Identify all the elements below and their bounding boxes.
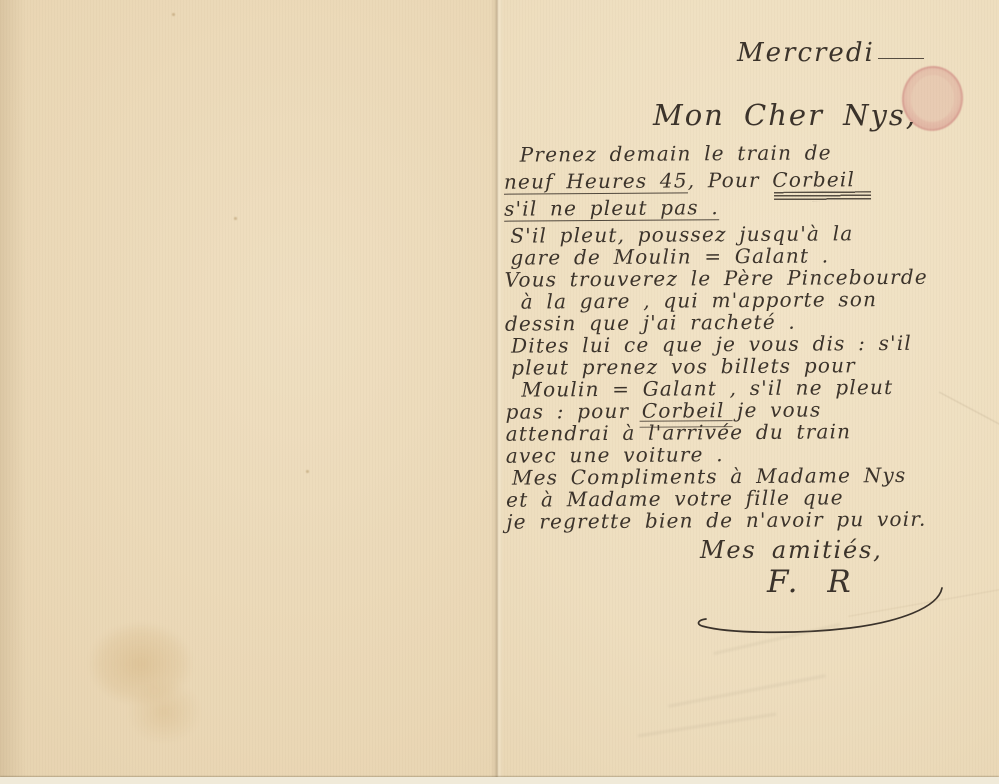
center-fold-line [491, 0, 503, 784]
foxing-speck [234, 217, 237, 220]
paper-bottom-edge [0, 777, 999, 784]
double-underlined-word: Corbeil [642, 398, 725, 423]
date-line: Mercredi [737, 38, 924, 68]
body-line-03: s'il ne pleut pas . [504, 194, 990, 219]
signature-flourish [692, 582, 947, 654]
show-through-mark [638, 713, 777, 737]
salutation: Mon Cher Nys, [653, 98, 917, 132]
underlined-phrase: neuf Heures 45 [504, 168, 688, 194]
text-segment: je regrette bien de n'avoir pu voir. [506, 507, 926, 534]
text-segment: je vous [724, 397, 821, 422]
letter-body: Prenez demain le train de neuf Heures 45… [504, 140, 993, 532]
letter-scan: Mercredi Mon Cher Nys, Prenez demain le … [0, 0, 999, 784]
stain [86, 622, 216, 742]
body-line-17: je regrette bien de n'avoir pu voir. [506, 507, 992, 532]
blank-left-page [0, 0, 497, 784]
letter-page: Mercredi Mon Cher Nys, Prenez demain le … [497, 0, 999, 784]
body-line-06: Vous trouverez le Père Pincebourde [505, 265, 991, 290]
foxing-speck [306, 470, 309, 473]
date-text: Mercredi [737, 38, 875, 68]
triple-underlined-word: Corbeil [772, 167, 855, 192]
text-segment: , Pour [688, 168, 773, 193]
text-segment: Prenez demain le train de [520, 140, 832, 166]
body-line-07: à la gare , qui m'apporte son [521, 287, 991, 312]
body-line-11: Moulin = Galant , s'il ne pleut [521, 375, 991, 400]
foxing-speck [172, 13, 175, 16]
show-through-mark [668, 675, 825, 707]
closing: Mes amitiés, [700, 536, 883, 564]
body-line-02: neuf Heures 45, Pour Corbeil [504, 167, 990, 192]
body-line-01: Prenez demain le train de [520, 140, 990, 165]
underlined-phrase: s'il ne pleut pas . [504, 195, 719, 221]
date-flourish [878, 58, 924, 59]
